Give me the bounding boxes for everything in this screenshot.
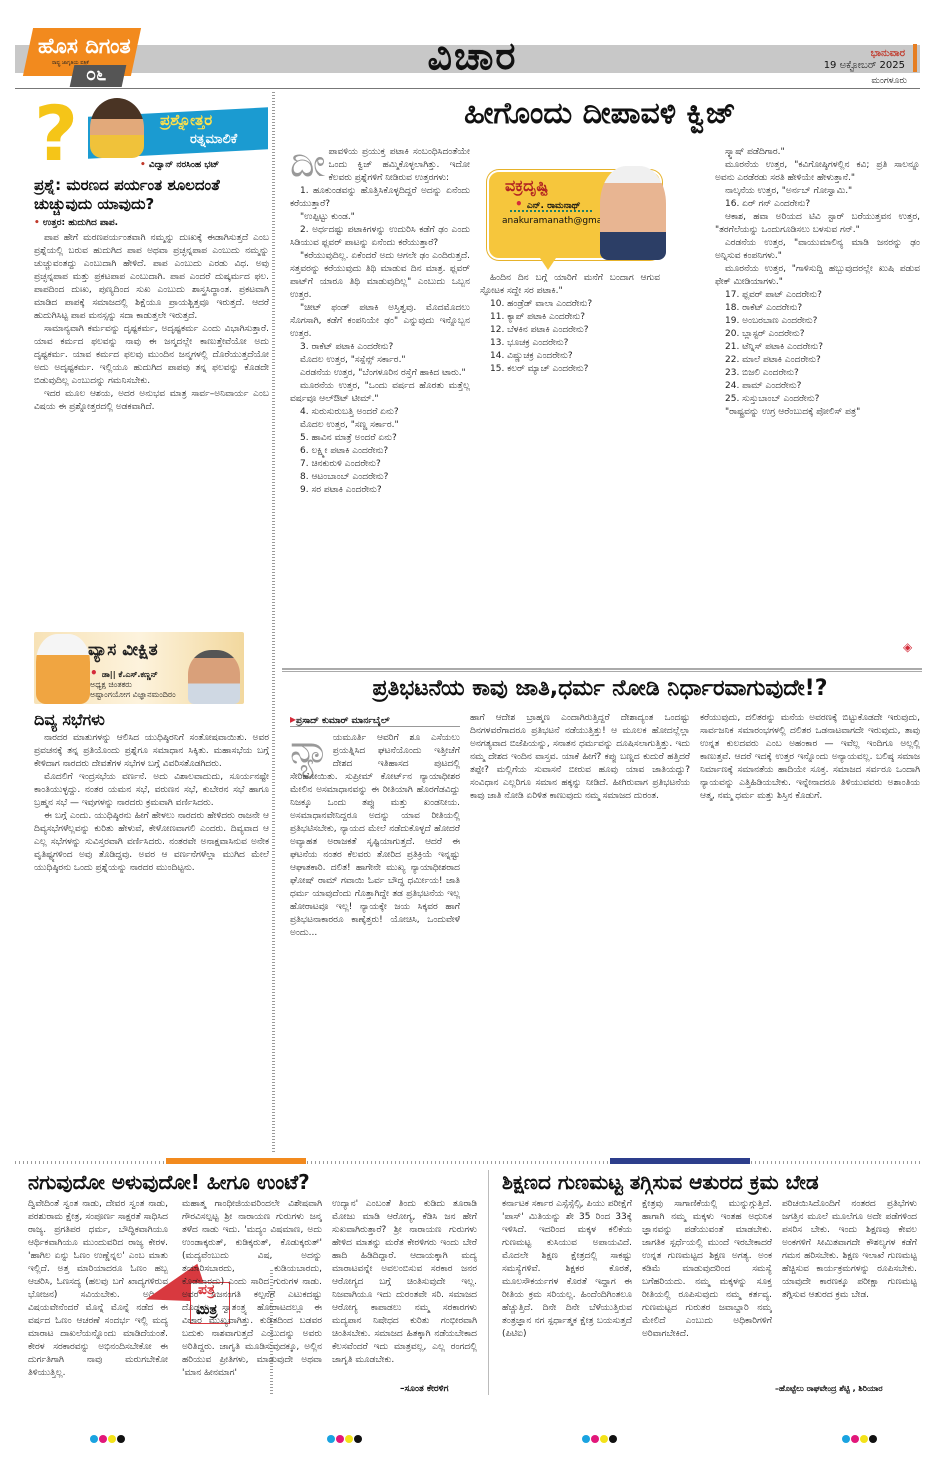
quiz-question: 3. ರಾಕೆಟ್ ಪಟಾಕಿ ಎಂದರೇನು? bbox=[290, 341, 470, 354]
quiz-question: 12. ಬೆಳಕಿನ ಪಟಾಕಿ ಎಂದರೇನು? bbox=[480, 324, 660, 337]
article-body: ನಾರದರ ಮಾತುಗಳನ್ನು ಆಲಿಸಿದ ಯುಧಿಷ್ಠಿರನಿಗೆ ಸಂ… bbox=[34, 732, 269, 1150]
quiz-column-2: ಹಿಂದಿನ ದಿನ ಬಗ್ಗೆ ಯಾರಿಗೆ ಮನೆಗೆ ಬಂದಾಗ ಆಗುವ… bbox=[480, 272, 660, 662]
quiz-question: 1. ಹೂಕುಂಡವನ್ನು ಹೊತ್ತಿಸಿಕೊಳ್ಳದಿದ್ದರೆ ಅದನ್… bbox=[290, 185, 470, 211]
orange-accent-bar bbox=[166, 1158, 306, 1164]
quiz-question: 2. ಅರ್ಧದಷ್ಟು ಪಟಾಕಿಗಳನ್ನು ಉದುರಿಸಿ ಕಡೆಗೆ ಢ… bbox=[290, 224, 470, 250]
color-registration-marks bbox=[90, 1435, 125, 1443]
quiz-answer: "ಚೀಟ್ ಫಂಡ್ ಪಟಾಕಿ ಅಸ್ತಿತ್ವವು. ಮೊದಮೊದಲು ಸೊ… bbox=[290, 302, 470, 341]
quiz-answer: ಮೂರನೆಯ ಉತ್ತರ, "ಒಂದು ವರ್ಷದ ಹೊರತು ಮತ್ತೆಲ್ಲ… bbox=[290, 380, 470, 406]
quiz-column-3: ಸ್ಕ್ವಾಷ್ ಪಡೆದಿಗಾರ." ಮೂರನೆಯ ಉತ್ತರ, "ಕವಿಗೋ… bbox=[715, 146, 920, 656]
article-headline: ಶಿಕ್ಷಣದ ಗುಣಮಟ್ಟ ತಗ್ಗಿಸುವ ಆತುರದ ಕ್ರಮ ಬೇಡ bbox=[502, 1170, 819, 1194]
cyan-dot bbox=[582, 1435, 590, 1443]
section-title: ವಿಚಾರ bbox=[0, 34, 945, 79]
column-divider bbox=[272, 92, 275, 1152]
paragraph: ಇದರ ಮೂಲ ಆಶಯ, ಅದರ ಅನುಭವ ಮಾತ್ರ ಸಾರ್ವ–ಅನಿವಾ… bbox=[34, 388, 269, 414]
paragraph: ನಾರದರ ಮಾತುಗಳನ್ನು ಆಲಿಸಿದ ಯುಧಿಷ್ಠಿರನಿಗೆ ಸಂ… bbox=[34, 732, 269, 771]
article-column-2: ಹಾಗೆ ಆದೇಶ ಬ್ರಾಹ್ಮಣ ಎಂದಾಗಿರುತ್ತಿದ್ದರೆ ದೇಶ… bbox=[470, 712, 690, 1152]
quiz-question: 4. ಸುರುಸುರುಬತ್ತಿ ಅಂದರೆ ಏನು? bbox=[290, 406, 470, 419]
article-column-3: ಕರೆಯುವುದು, ದಲಿತರನ್ನು ಮನೆಯ ಅವರಣಕ್ಕೆ ಬಿಟ್ಟ… bbox=[700, 712, 920, 1152]
dropcap: ನ್ಯಾ bbox=[290, 732, 330, 766]
article-headline: ನಗುವುದೋ ಅಳುವುದೋ! ಹೀಗೂ ಉಂಟೆ? bbox=[28, 1170, 310, 1194]
article-headline: ಹೀಗೊಂದು ದೀಪಾವಳಿ ಕ್ವಿಜ್ bbox=[280, 96, 920, 131]
signature: –ಸೂಂತ ಕೇರಳಿಗ bbox=[400, 1384, 448, 1394]
byline-rule bbox=[290, 726, 460, 727]
day: ಭಾನುವಾರ bbox=[824, 48, 905, 60]
quiz-answer: ಮೊದಲ ಉತ್ತರ, "ಸಣ್ಣ ಸರ್ಕಾರ." bbox=[290, 419, 470, 432]
intro: ಪಾವಳಿಯ ಪ್ರಯುಕ್ತ ಪಟಾಕಿ ಸಂಬಂಧಿಸಿದಂತೆಯೇ ಒಂದ… bbox=[329, 147, 471, 183]
byline: ▸ಪ್ರಸಾದ್ ಕುಮಾರ್ ಮಾರ್ನಬೈಲ್ bbox=[290, 712, 390, 726]
yellow-dot bbox=[600, 1435, 608, 1443]
column-title: ವಕ್ರದೃಷ್ಟಿ bbox=[505, 176, 548, 196]
quiz-question: 16. ಏರ್ ಗನ್ ಎಂದರೇನು? bbox=[715, 198, 920, 211]
author-org: ಅಷ್ಟಾಂಗಯೋಗ ವಿಜ್ಞಾನಮಂದಿರಂ bbox=[90, 690, 176, 700]
paragraph: ಕ್ಷೇತ್ರವು ಸಾಗಾಣಿಕೆಯಲ್ಲಿ ಮುನ್ನುಗ್ಗುತ್ತಿದೆ… bbox=[642, 1199, 772, 1339]
byline: • ಡಾ|| ಕೆ.ಎಸ್.ಕಣ್ಣನ್ ಅಧ್ಯಕ್ಷ ಚಿಂತಕರು ಅಷ್… bbox=[90, 668, 176, 700]
black-dot bbox=[609, 1435, 617, 1443]
color-registration-marks bbox=[842, 1435, 877, 1443]
quiz-question: 10. ಹಂಡ್ರೆಡ್ ವಾಲಾ ಎಂದರೇನು? bbox=[480, 298, 660, 311]
article-column-2: ಕ್ಷೇತ್ರವು ಸಾಗಾಣಿಕೆಯಲ್ಲಿ ಮುನ್ನುಗ್ಗುತ್ತಿದೆ… bbox=[642, 1198, 772, 1398]
quiz-column-1: ದೀ ಪಾವಳಿಯ ಪ್ರಯುಕ್ತ ಪಟಾಕಿ ಸಂಬಂಧಿಸಿದಂತೆಯೇ … bbox=[290, 146, 470, 662]
dotted-divider bbox=[510, 210, 592, 212]
yellow-dot bbox=[860, 1435, 868, 1443]
quiz-question: 15. ಕಲರ್ ಮ್ಯಾಚ್ ಎಂದರೇನು? bbox=[480, 363, 660, 376]
author-name: ಪ್ರಸಾದ್ ಕುಮಾರ್ ಮಾರ್ನಬೈಲ್ bbox=[296, 716, 390, 726]
quiz-question: 22. ಮಾಲೆ ಪಟಾಕಿ ಎಂದರೇನು? bbox=[715, 354, 920, 367]
paragraph: ಉದ್ಯಾನ' ಎಂಬಂತೆ ತಿಂದು ಕುಡಿದು ತೂರಾಡಿ ಮೋಜು … bbox=[332, 1199, 477, 1365]
article-column-1: ಕರ್ನಾಟಕ ಸರ್ಕಾರ ಎಸ್ಸೆಸ್ಸೆಲ್ಸಿ, ಪಿಯು ಪರೀಕ್… bbox=[502, 1198, 632, 1398]
dropcap: ದೀ bbox=[290, 146, 326, 180]
quiz-question: 25. ಸುಸ್ತುಬಾಂಬ್ ಎಂದರೇನು? bbox=[715, 393, 920, 406]
end-mark-icon: ◈ bbox=[903, 640, 912, 654]
answer-line: • ಉತ್ತರ: ಹುದುಗಿದ ಪಾಪ. bbox=[34, 218, 118, 228]
article-headline: ಪ್ರತಿಭಟನೆಯ ಕಾವು ಜಾತಿ,ಧರ್ಮ ನೋಡಿ ನಿರ್ಧಾರವಾ… bbox=[280, 676, 920, 701]
quiz-question: 8. ಆಟಂಬಾಂಬ್ ಎಂದರೇನು? bbox=[290, 471, 470, 484]
speech-tail bbox=[540, 258, 556, 270]
header-rule bbox=[15, 88, 920, 89]
author-role: ಅಧ್ಯಕ್ಷ ಚಿಂತಕರು bbox=[90, 680, 176, 690]
paragraph: ಕರೆಯುವುದು, ದಲಿತರನ್ನು ಮನೆಯ ಅವರಣಕ್ಕೆ ಬಿಟ್ಟ… bbox=[700, 713, 920, 801]
quiz-question: 23. ಬಿಜಲಿ ಎಂದರೇನು? bbox=[715, 367, 920, 380]
quiz-question: 24. ಪಾಮ್ ಎಂದರೇನು? bbox=[715, 380, 920, 393]
magenta-dot bbox=[851, 1435, 859, 1443]
quiz-answer: ಎರಡನೆಯ ಉತ್ತರ, "ವಾಯುಮಾಲಿನ್ಯ ಮಾಡಿ ಜನರನ್ನು … bbox=[715, 237, 920, 263]
author-photo bbox=[600, 166, 666, 260]
article-column-3: ಪರಿಚಯಿಸಿದೊಂದಿಗೆ ನಂತರದ ಪ್ರತಿಭೆಗಳು ಜಗತ್ತಿನ… bbox=[782, 1198, 917, 1383]
quiz-question: 17. ಫ್ಲವರ್ ಪಾಟ್ ಎಂದರೇನು? bbox=[715, 289, 920, 302]
paragraph: ಮಹಾತ್ಮ ಗಾಂಧೀಜಿಯವರಿಂದಲೇ ವಿಶೇಷವಾಗಿ ಗೌರವಿಸಲ… bbox=[182, 1199, 322, 1378]
author-name: ಡಾ|| ಕೆ.ಎಸ್.ಕಣ್ಣನ್ bbox=[102, 670, 158, 679]
cyan-dot bbox=[327, 1435, 335, 1443]
quiz-answer: "ಕರೆಯುವುದಿಲ್ಲ. ಏಕೆಂದರೆ ಅದು ಆಗಲೇ ಢಂ ಎಂದಿರ… bbox=[290, 250, 470, 302]
black-dot bbox=[117, 1435, 125, 1443]
quiz-question: 7. ಚಿನಕುರುಳಿ ಎಂದರೇನು? bbox=[290, 458, 470, 471]
article-headline: ದಿವ್ಯ ಸಭೆಗಳು bbox=[34, 710, 105, 730]
paragraph: ಮೊದಲಿಗೆ ಇಂದ್ರಸಭೆಯ ವರ್ಣನೆ. ಅದು ವಿಶಾಲವಾದುದ… bbox=[34, 771, 269, 810]
quiz-question: 19. ಅಂಬರಬಾಣ ಎಂದರೇನು? bbox=[715, 315, 920, 328]
quiz-answer: ನಾಲ್ಕನೆಯ ಉತ್ತರ, "ಅರ್ನಬ್ ಗೋಸ್ವಾಮಿ." bbox=[715, 185, 920, 198]
column-title: ಪ್ರಶ್ನೋತ್ತರ bbox=[160, 111, 212, 129]
byline: • ಎನ್. ರಾಮನಾಥ್ bbox=[515, 197, 581, 211]
paragraph: ಕರ್ನಾಟಕ ಸರ್ಕಾರ ಎಸ್ಸೆಸ್ಸೆಲ್ಸಿ, ಪಿಯು ಪರೀಕ್… bbox=[502, 1199, 632, 1339]
paragraph: ಸಾಮಾನ್ಯವಾಗಿ ಕರ್ಮವನ್ನು ದೃಷ್ಟಕರ್ಮ, ಅದೃಷ್ಟಕ… bbox=[34, 323, 269, 388]
quiz-answer: ಮೂರನೆಯ ಉತ್ತರ, "ಗಾಳಿಸುದ್ದಿ ಹಬ್ಬುವುದರಲ್ಲೇ … bbox=[715, 263, 920, 289]
quiz-question: 18. ರಾಕೆಟ್ ಎಂದರೇನು? bbox=[715, 302, 920, 315]
column-subtitle: ರತ್ನಮಾಲಿಕೆ bbox=[190, 132, 237, 147]
column-title: ವ್ಯಾಸ ವೀಕ್ಷಿತ bbox=[88, 640, 158, 660]
article-column-3: ಉದ್ಯಾನ' ಎಂಬಂತೆ ತಿಂದು ಕುಡಿದು ತೂರಾಡಿ ಮೋಜು … bbox=[332, 1198, 477, 1383]
paragraph: ಪರಿಚಯಿಸಿದೊಂದಿಗೆ ನಂತರದ ಪ್ರತಿಭೆಗಳು ಜಗತ್ತಿನ… bbox=[782, 1199, 917, 1300]
cyan-dot bbox=[90, 1435, 98, 1443]
author-photo bbox=[90, 98, 144, 158]
question-mark-icon: ? bbox=[34, 94, 78, 174]
date: 19 ಅಕ್ಟೋಬರ್ 2025 bbox=[824, 60, 905, 72]
quiz-question: 13. ಭೂಚಕ್ರ ಎಂದರೇನು? bbox=[480, 337, 660, 350]
yellow-dot bbox=[108, 1435, 116, 1443]
black-dot bbox=[869, 1435, 877, 1443]
navy-accent-bar bbox=[610, 1158, 750, 1164]
column-divider bbox=[488, 1170, 489, 1395]
magenta-dot bbox=[99, 1435, 107, 1443]
byline: • ವಿದ್ವಾನ್ ನರಸಿಂಹ ಭಟ್ bbox=[140, 160, 219, 170]
quiz-question: 9. ಸರ ಪಟಾಕಿ ಎಂದರೇನು? bbox=[290, 484, 470, 497]
color-registration-marks bbox=[582, 1435, 617, 1443]
section-rule bbox=[282, 668, 922, 672]
quiz-question: 14. ವಿಷ್ಣುಚಕ್ರ ಎಂದರೇನು? bbox=[480, 350, 660, 363]
quiz-answer: ಮೂರನೆಯ ಉತ್ತರ, "ಕವಿಗೋಷ್ಠಿಗಳಲ್ಲಿನ ಕವಿ; ಪ್ರ… bbox=[715, 159, 920, 185]
yellow-dot bbox=[345, 1435, 353, 1443]
article-headline: ಪ್ರಶ್ನೆ: ಮರಣದ ಪರ್ಯಂತ ಶೂಲದಂತೆ ಚುಚ್ಚುವುದು … bbox=[34, 176, 269, 214]
signature: –ಹೊಟ್ಟೆಲು ರಾಘವೇಂದ್ರ ಶೆಟ್ಟಿ , ಶಿರಿಯಾರ bbox=[775, 1384, 883, 1394]
article-column-2: ಮಹಾತ್ಮ ಗಾಂಧೀಜಿಯವರಿಂದಲೇ ವಿಶೇಷವಾಗಿ ಗೌರವಿಸಲ… bbox=[182, 1198, 322, 1398]
paragraph: ಪಾಪ ಹೇಗೆ ಮರಣಪರ್ಯಂತವಾಗಿ ನಮ್ಮನ್ನು ದುಃಖಕ್ಕೆ… bbox=[34, 232, 269, 323]
dateline: ಭಾನುವಾರ 19 ಅಕ್ಟೋಬರ್ 2025 bbox=[824, 48, 905, 72]
edition-city: ಮಂಗಳೂರು bbox=[871, 76, 907, 86]
date-accent-bar bbox=[913, 44, 917, 72]
magenta-dot bbox=[591, 1435, 599, 1443]
quiz-answer: ಸ್ಕ್ವಾಷ್ ಪಡೆದಿಗಾರ." bbox=[715, 146, 920, 159]
paragraph: ಈ ಬಗ್ಗೆ ಎಂದು. ಯುಧಿಷ್ಠಿರನು ಹೀಗೆ ಹೇಳಲು ನಾರ… bbox=[34, 810, 269, 875]
quiz-answer: ಆಕಾಶ, ಹವಾ ಅರಿಯದ ಟಿವಿ ಸ್ಟಾರ್ ಬರೆಯುತ್ತವನ ಉ… bbox=[715, 211, 920, 237]
quiz-question: 6. ಲಕ್ಷ್ಮೀ ಪಟಾಕಿ ಎಂದರೇನು? bbox=[290, 445, 470, 458]
article-body: ಪಾಪ ಹೇಗೆ ಮರಣಪರ್ಯಂತವಾಗಿ ನಮ್ಮನ್ನು ದುಃಖಕ್ಕೆ… bbox=[34, 232, 269, 612]
quiz-answer: ಮೊದಲ ಉತ್ತರ, "ಸಸ್ಪೆನ್ಸ್ ಸರ್ಕಾರ." bbox=[290, 354, 470, 367]
paragraph: ಹಾಗೆ ಆದೇಶ ಬ್ರಾಹ್ಮಣ ಎಂದಾಗಿರುತ್ತಿದ್ದರೆ ದೇಶ… bbox=[470, 713, 690, 801]
color-registration-marks bbox=[327, 1435, 362, 1443]
author-name: ವಿದ್ವಾನ್ ನರಸಿಂಹ ಭಟ್ bbox=[149, 160, 219, 170]
quiz-answer: ಎರಡನೆಯ ಉತ್ತರ, "ಬೆಂಗಳೂರಿನ ರಸ್ತೆಗೆ ಹಾಕಿದ ಟ… bbox=[290, 367, 470, 380]
quiz-question: 5. ಹಾವಿನ ಮಾತ್ರೆ ಅಂದರೆ ಏನು? bbox=[290, 432, 470, 445]
quiz-question: 20. ಬ್ಲಾಸ್ಟರ್ ಎಂದರೇನು? bbox=[715, 328, 920, 341]
magenta-dot bbox=[336, 1435, 344, 1443]
quiz-answer: ಹಿಂದಿನ ದಿನ ಬಗ್ಗೆ ಯಾರಿಗೆ ಮನೆಗೆ ಬಂದಾಗ ಆಗುವ… bbox=[480, 272, 660, 298]
cyan-dot bbox=[842, 1435, 850, 1443]
quiz-question: 21. ಟೆನ್ನಿಸ್ ಪಟಾಕಿ ಎಂದರೇನು? bbox=[715, 341, 920, 354]
sage-illustration bbox=[36, 634, 90, 704]
quiz-answer: "ಉಪ್ಪಿಟ್ಟು ಕುಂಡ." bbox=[290, 211, 470, 224]
author-photo bbox=[188, 650, 240, 704]
quiz-question: 11. ಕ್ಯಾಪ್ ಪಟಾಕಿ ಎಂದರೇನು? bbox=[480, 311, 660, 324]
quiz-answer: "ರಾಷ್ಟ್ರವನ್ನು ಉಗ್ರ ಆರೆಂಬುದಕ್ಕೆ ಪೋಲಿಸ್ ಪತ… bbox=[715, 406, 920, 419]
article-column-1: ನ್ಯಾಯಮೂರ್ತಿ ಆವರಿಗೆ ಶೂ ಎಸೆಯಲು ಪ್ರಯತ್ನಿಸಿದ… bbox=[290, 732, 460, 1152]
section-rule bbox=[15, 1161, 920, 1164]
black-dot bbox=[354, 1435, 362, 1443]
